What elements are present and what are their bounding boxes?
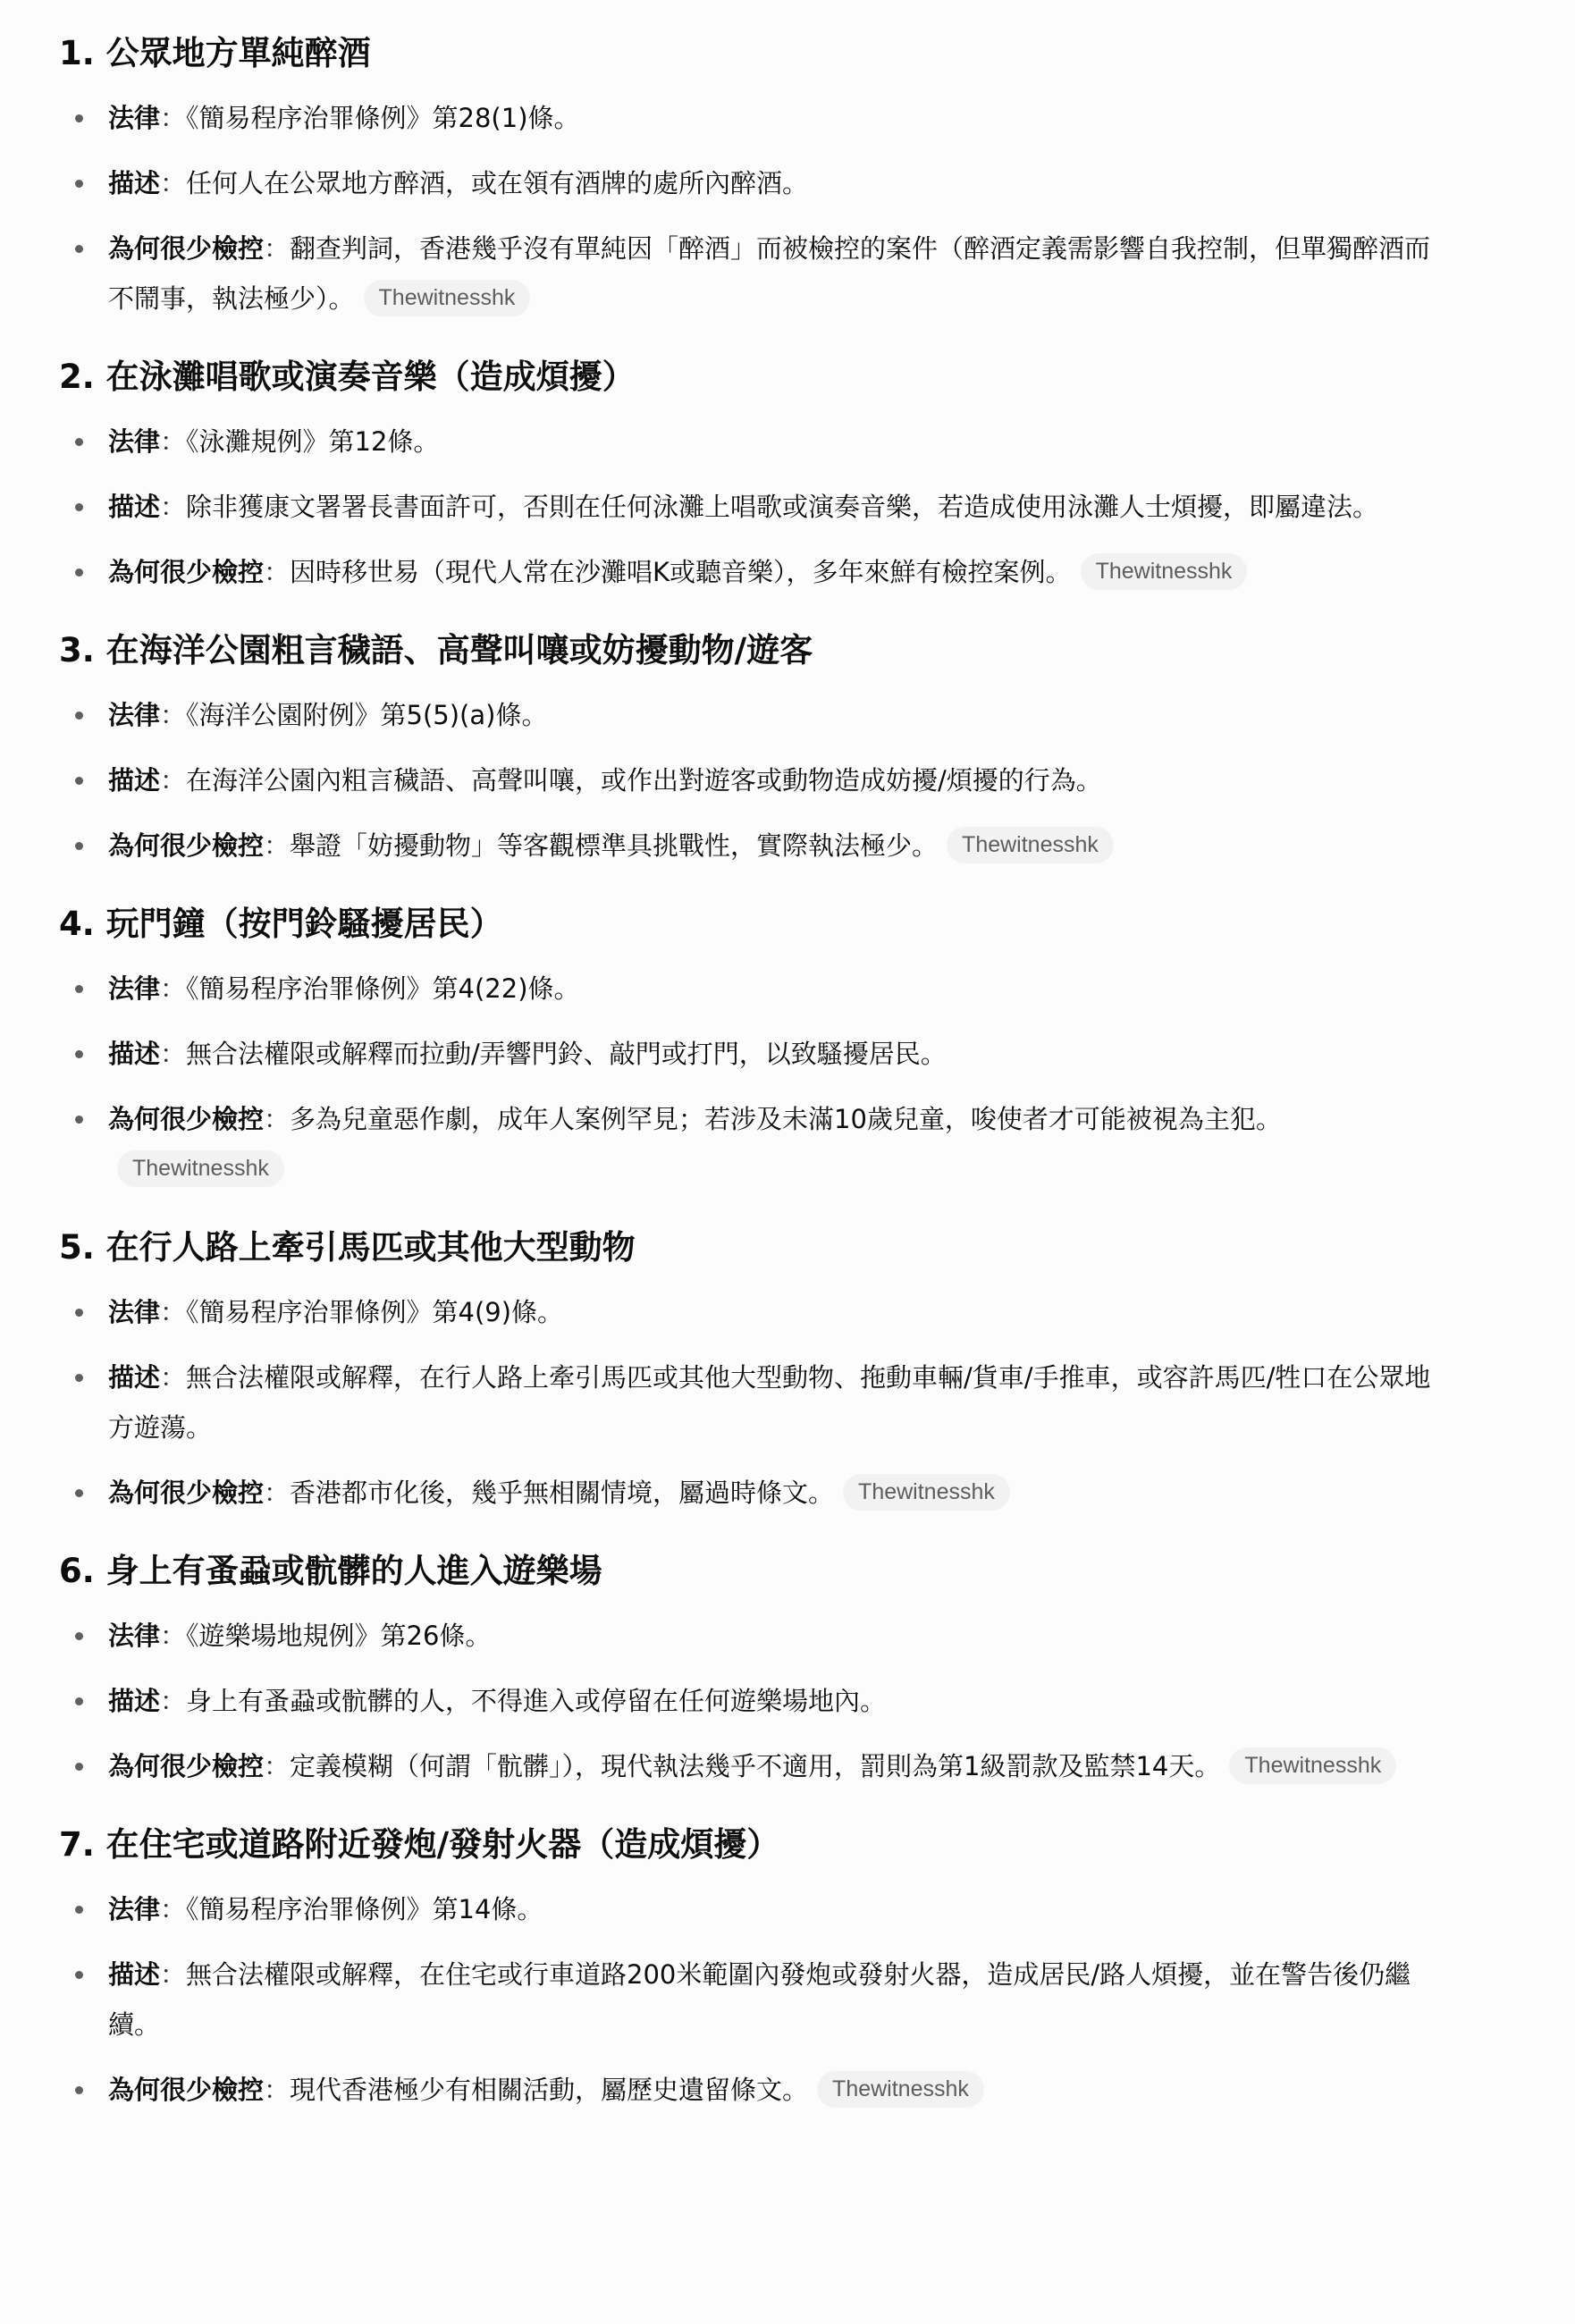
section-heading: 5. 在行人路上牽引馬匹或其他大型動物 bbox=[59, 1221, 1436, 1275]
item-colon: ： bbox=[160, 1894, 186, 1924]
bullet-icon bbox=[75, 985, 83, 993]
law-item: 法律：《簡易程序治罪條例》第4(22)條。 bbox=[59, 964, 1436, 1014]
item-text: 因時移世易（現代人常在沙灘唱K或聽音樂），多年來鮮有檢控案例。 bbox=[290, 557, 1072, 587]
section-heading: 6. 身上有蚤蝨或骯髒的人進入遊樂場 bbox=[59, 1545, 1436, 1598]
bullet-icon bbox=[75, 712, 83, 720]
description-item: 描述：身上有蚤蝨或骯髒的人，不得進入或停留在任何遊樂場地內。 bbox=[59, 1676, 1436, 1726]
item-label: 法律 bbox=[108, 103, 160, 133]
item-colon: ： bbox=[160, 700, 186, 730]
item-label: 法律 bbox=[108, 426, 160, 457]
item-text: 任何人在公眾地方醉酒，或在領有酒牌的處所內醉酒。 bbox=[186, 168, 808, 198]
bullet-icon bbox=[75, 438, 83, 446]
item-label: 描述 bbox=[108, 492, 160, 522]
bullet-icon bbox=[75, 114, 83, 122]
section-6: 6. 身上有蚤蝨或骯髒的人進入遊樂場 法律：《遊樂場地規例》第26條。 描述：身… bbox=[59, 1545, 1436, 1791]
item-text: 無合法權限或解釋，在行人路上牽引馬匹或其他大型動物、拖動車輛/貨車/手推車，或容… bbox=[108, 1362, 1430, 1443]
law-item: 法律：《泳灘規例》第12條。 bbox=[59, 417, 1436, 467]
item-text: 《海洋公園附例》第5(5)(a)條。 bbox=[186, 700, 547, 730]
item-label: 法律 bbox=[108, 1297, 160, 1327]
item-label: 描述 bbox=[108, 1362, 160, 1393]
item-label: 為何很少檢控 bbox=[108, 557, 264, 587]
item-colon: ： bbox=[160, 426, 186, 457]
item-label: 描述 bbox=[108, 765, 160, 796]
item-colon: ： bbox=[160, 1362, 186, 1393]
item-label: 為何很少檢控 bbox=[108, 830, 264, 861]
bullet-icon bbox=[75, 1116, 83, 1124]
item-colon: ： bbox=[160, 103, 186, 133]
bullet-icon bbox=[75, 1309, 83, 1317]
source-citation-badge[interactable]: Thewitnesshk bbox=[947, 827, 1114, 863]
law-item: 法律：《海洋公園附例》第5(5)(a)條。 bbox=[59, 690, 1436, 740]
item-label: 為何很少檢控 bbox=[108, 1104, 264, 1134]
item-colon: ： bbox=[160, 1297, 186, 1327]
item-text: 翻查判詞，香港幾乎沒有單純因「醉酒」而被檢控的案件（醉酒定義需影響自我控制，但單… bbox=[108, 233, 1430, 314]
item-label: 法律 bbox=[108, 1621, 160, 1651]
bullet-icon bbox=[75, 245, 83, 253]
section-5: 5. 在行人路上牽引馬匹或其他大型動物 法律：《簡易程序治罪條例》第4(9)條。… bbox=[59, 1221, 1436, 1518]
bullet-icon bbox=[75, 503, 83, 511]
item-colon: ： bbox=[264, 1478, 290, 1508]
section-2: 2. 在泳灘唱歌或演奏音樂（造成煩擾） 法律：《泳灘規例》第12條。 描述：除非… bbox=[59, 350, 1436, 597]
item-text: 《簡易程序治罪條例》第14條。 bbox=[186, 1894, 543, 1924]
bullet-icon bbox=[75, 1050, 83, 1058]
source-citation-badge[interactable]: Thewitnesshk bbox=[1229, 1747, 1396, 1784]
section-1: 1. 公眾地方單純醉酒 法律：《簡易程序治罪條例》第28(1)條。 描述：任何人… bbox=[59, 27, 1436, 324]
item-label: 法律 bbox=[108, 1894, 160, 1924]
bullet-icon bbox=[75, 1489, 83, 1497]
item-text: 《簡易程序治罪條例》第4(9)條。 bbox=[186, 1297, 563, 1327]
section-list: 法律：《遊樂場地規例》第26條。 描述：身上有蚤蝨或骯髒的人，不得進入或停留在任… bbox=[59, 1611, 1436, 1791]
item-text: 多為兒童惡作劇，成年人案例罕見；若涉及未滿10歲兒童，唆使者才可能被視為主犯。 bbox=[290, 1104, 1282, 1134]
item-colon: ： bbox=[160, 168, 186, 198]
item-colon: ： bbox=[160, 765, 186, 796]
bullet-icon bbox=[75, 1971, 83, 1979]
why-rare-item: 為何很少檢控：多為兒童惡作劇，成年人案例罕見；若涉及未滿10歲兒童，唆使者才可能… bbox=[59, 1094, 1436, 1194]
section-list: 法律：《簡易程序治罪條例》第4(22)條。 描述：無合法權限或解釋而拉動/弄響門… bbox=[59, 964, 1436, 1194]
item-colon: ： bbox=[160, 973, 186, 1004]
bullet-icon bbox=[75, 568, 83, 577]
item-text: 《簡易程序治罪條例》第28(1)條。 bbox=[186, 103, 579, 133]
item-text: 除非獲康文署署長書面許可，否則在任何泳灘上唱歌或演奏音樂，若造成使用泳灘人士煩擾… bbox=[186, 492, 1378, 522]
description-item: 描述：在海洋公園內粗言穢語、高聲叫嚷，或作出對遊客或動物造成妨擾/煩擾的行為。 bbox=[59, 755, 1436, 805]
section-heading: 2. 在泳灘唱歌或演奏音樂（造成煩擾） bbox=[59, 350, 1436, 404]
item-colon: ： bbox=[160, 1959, 186, 1990]
description-item: 描述：任何人在公眾地方醉酒，或在領有酒牌的處所內醉酒。 bbox=[59, 158, 1436, 208]
item-text: 《遊樂場地規例》第26條。 bbox=[186, 1621, 491, 1651]
item-text: 現代香港極少有相關活動，屬歷史遺留條文。 bbox=[290, 2075, 808, 2105]
bullet-icon bbox=[75, 1906, 83, 1914]
law-item: 法律：《簡易程序治罪條例》第4(9)條。 bbox=[59, 1287, 1436, 1337]
item-colon: ： bbox=[264, 830, 290, 861]
item-label: 法律 bbox=[108, 973, 160, 1004]
section-7: 7. 在住宅或道路附近發炮/發射火器（造成煩擾） 法律：《簡易程序治罪條例》第1… bbox=[59, 1818, 1436, 2115]
item-text: 定義模糊（何謂「骯髒」），現代執法幾乎不適用，罰則為第1級罰款及監禁14天。 bbox=[290, 1751, 1220, 1781]
item-text: 身上有蚤蝨或骯髒的人，不得進入或停留在任何遊樂場地內。 bbox=[186, 1686, 886, 1716]
why-rare-item: 為何很少檢控：現代香港極少有相關活動，屬歷史遺留條文。Thewitnesshk bbox=[59, 2065, 1436, 2115]
item-colon: ： bbox=[160, 1686, 186, 1716]
item-colon: ： bbox=[264, 1104, 290, 1134]
item-label: 描述 bbox=[108, 1959, 160, 1990]
source-citation-badge[interactable]: Thewitnesshk bbox=[1081, 553, 1248, 590]
source-citation-badge[interactable]: Thewitnesshk bbox=[843, 1474, 1010, 1511]
section-list: 法律：《簡易程序治罪條例》第14條。 描述：無合法權限或解釋，在住宅或行車道路2… bbox=[59, 1884, 1436, 2115]
why-rare-item: 為何很少檢控：定義模糊（何謂「骯髒」），現代執法幾乎不適用，罰則為第1級罰款及監… bbox=[59, 1741, 1436, 1791]
item-label: 描述 bbox=[108, 168, 160, 198]
item-label: 法律 bbox=[108, 700, 160, 730]
law-item: 法律：《遊樂場地規例》第26條。 bbox=[59, 1611, 1436, 1661]
bullet-icon bbox=[75, 1632, 83, 1640]
item-colon: ： bbox=[160, 1621, 186, 1651]
item-label: 為何很少檢控 bbox=[108, 1478, 264, 1508]
why-rare-item: 為何很少檢控：舉證「妨擾動物」等客觀標準具挑戰性，實際執法極少。Thewitne… bbox=[59, 821, 1436, 871]
bullet-icon bbox=[75, 180, 83, 188]
section-heading: 3. 在海洋公園粗言穢語、高聲叫嚷或妨擾動物/遊客 bbox=[59, 624, 1436, 678]
section-list: 法律：《泳灘規例》第12條。 描述：除非獲康文署署長書面許可，否則在任何泳灘上唱… bbox=[59, 417, 1436, 597]
item-label: 描述 bbox=[108, 1039, 160, 1069]
section-4: 4. 玩門鐘（按門鈴騷擾居民） 法律：《簡易程序治罪條例》第4(22)條。 描述… bbox=[59, 897, 1436, 1194]
bullet-icon bbox=[75, 1697, 83, 1705]
item-colon: ： bbox=[160, 492, 186, 522]
why-rare-item: 為何很少檢控：香港都市化後，幾乎無相關情境，屬過時條文。Thewitnesshk bbox=[59, 1468, 1436, 1518]
item-colon: ： bbox=[264, 233, 290, 264]
source-citation-badge[interactable]: Thewitnesshk bbox=[817, 2071, 984, 2108]
section-heading: 7. 在住宅或道路附近發炮/發射火器（造成煩擾） bbox=[59, 1818, 1436, 1872]
why-rare-item: 為何很少檢控：因時移世易（現代人常在沙灘唱K或聽音樂），多年來鮮有檢控案例。Th… bbox=[59, 547, 1436, 597]
item-colon: ： bbox=[160, 1039, 186, 1069]
bullet-icon bbox=[75, 777, 83, 785]
item-label: 為何很少檢控 bbox=[108, 2075, 264, 2105]
item-text: 《泳灘規例》第12條。 bbox=[186, 426, 439, 457]
item-label: 為何很少檢控 bbox=[108, 1751, 264, 1781]
bullet-icon bbox=[75, 2086, 83, 2094]
section-heading: 1. 公眾地方單純醉酒 bbox=[59, 27, 1436, 80]
why-rare-item: 為何很少檢控：翻查判詞，香港幾乎沒有單純因「醉酒」而被檢控的案件（醉酒定義需影響… bbox=[59, 223, 1436, 324]
item-label: 描述 bbox=[108, 1686, 160, 1716]
source-citation-badge[interactable]: Thewitnesshk bbox=[364, 280, 531, 316]
item-text: 無合法權限或解釋，在住宅或行車道路200米範圍內發炮或發射火器，造成居民/路人煩… bbox=[108, 1959, 1411, 2040]
item-text: 在海洋公園內粗言穢語、高聲叫嚷，或作出對遊客或動物造成妨擾/煩擾的行為。 bbox=[186, 765, 1102, 796]
law-item: 法律：《簡易程序治罪條例》第14條。 bbox=[59, 1884, 1436, 1934]
section-list: 法律：《簡易程序治罪條例》第4(9)條。 描述：無合法權限或解釋，在行人路上牽引… bbox=[59, 1287, 1436, 1518]
item-text: 香港都市化後，幾乎無相關情境，屬過時條文。 bbox=[290, 1478, 834, 1508]
item-text: 舉證「妨擾動物」等客觀標準具挑戰性，實際執法極少。 bbox=[290, 830, 938, 861]
section-list: 法律：《海洋公園附例》第5(5)(a)條。 描述：在海洋公園內粗言穢語、高聲叫嚷… bbox=[59, 690, 1436, 871]
description-item: 描述：除非獲康文署署長書面許可，否則在任何泳灘上唱歌或演奏音樂，若造成使用泳灘人… bbox=[59, 482, 1436, 532]
description-item: 描述：無合法權限或解釋，在行人路上牽引馬匹或其他大型動物、拖動車輛/貨車/手推車… bbox=[59, 1352, 1436, 1452]
item-text: 無合法權限或解釋而拉動/弄響門鈴、敲門或打門，以致騷擾居民。 bbox=[186, 1039, 947, 1069]
bullet-icon bbox=[75, 1374, 83, 1382]
section-list: 法律：《簡易程序治罪條例》第28(1)條。 描述：任何人在公眾地方醉酒，或在領有… bbox=[59, 93, 1436, 324]
description-item: 描述：無合法權限或解釋而拉動/弄響門鈴、敲門或打門，以致騷擾居民。 bbox=[59, 1029, 1436, 1079]
item-colon: ： bbox=[264, 1751, 290, 1781]
bullet-icon bbox=[75, 1763, 83, 1771]
law-item: 法律：《簡易程序治罪條例》第28(1)條。 bbox=[59, 93, 1436, 143]
document-body: 1. 公眾地方單純醉酒 法律：《簡易程序治罪條例》第28(1)條。 描述：任何人… bbox=[0, 0, 1436, 2115]
source-citation-badge[interactable]: Thewitnesshk bbox=[117, 1150, 284, 1187]
item-text: 《簡易程序治罪條例》第4(22)條。 bbox=[186, 973, 579, 1004]
section-heading: 4. 玩門鐘（按門鈴騷擾居民） bbox=[59, 897, 1436, 951]
section-3: 3. 在海洋公園粗言穢語、高聲叫嚷或妨擾動物/遊客 法律：《海洋公園附例》第5(… bbox=[59, 624, 1436, 871]
item-label: 為何很少檢控 bbox=[108, 233, 264, 264]
description-item: 描述：無合法權限或解釋，在住宅或行車道路200米範圍內發炮或發射火器，造成居民/… bbox=[59, 1949, 1436, 2050]
item-colon: ： bbox=[264, 557, 290, 587]
item-colon: ： bbox=[264, 2075, 290, 2105]
bullet-icon bbox=[75, 842, 83, 850]
